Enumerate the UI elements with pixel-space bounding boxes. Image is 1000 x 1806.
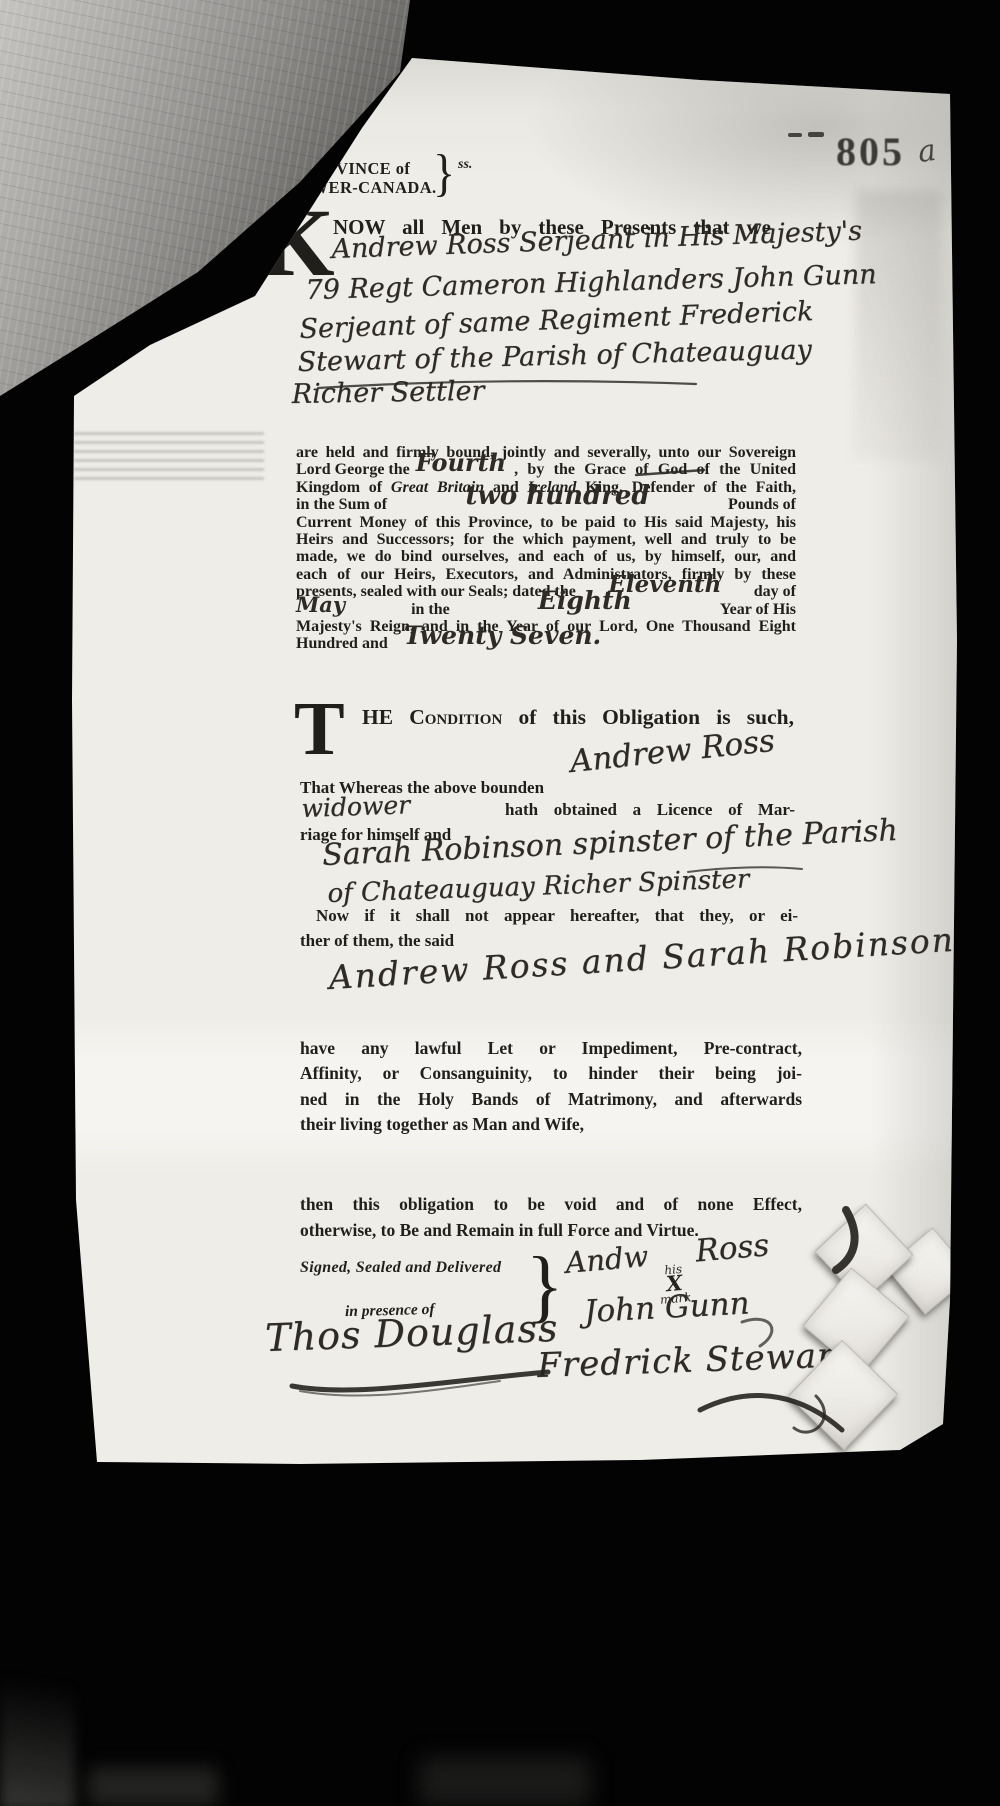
province-heading-line2: LOWER-CANADA. <box>287 178 437 198</box>
jurat-abbreviation: ss. <box>458 157 472 173</box>
toner-dash <box>808 132 824 137</box>
bond-line: Heirs and Successors; for the which paym… <box>296 531 796 548</box>
void-clause-line: then this obligation to be void and of n… <box>300 1192 802 1218</box>
impediment-line: have any lawful Let or Impediment, Pre-c… <box>300 1036 802 1061</box>
impediment-line: ned in the Holy Bands of Matrimony, and … <box>300 1087 802 1112</box>
bond-line: in the Sum oftwo hundredPounds of <box>296 496 796 513</box>
page-number-stamp: 805 <box>836 128 905 175</box>
bond-line: each of our Heirs, Executors, and Admini… <box>296 566 796 583</box>
bond-text: in the <box>411 601 450 618</box>
page-number-suffix: a <box>916 133 939 170</box>
surety-signature: John Gunn <box>583 1285 750 1330</box>
witness-signature: Thos Douglass <box>264 1306 559 1360</box>
bond-line: Current Money of this Province, to be pa… <box>296 514 796 531</box>
bond-text: in the Sum of <box>296 496 387 513</box>
archival-photo-background: 805 a PROVINCE of LOWER-CANADA. } ss. K … <box>0 0 1000 1806</box>
handwritten-bride-line2: of Chateauguay Richer Spinster <box>327 864 750 909</box>
impediment-line: their living together as Man and Wife, <box>300 1112 802 1137</box>
bond-line: Lord George theFourth, by the Grace of G… <box>296 461 796 478</box>
proviso-line1: Now if it shall not appear hereafter, th… <box>316 906 798 926</box>
bond-text: Lord George the <box>296 461 410 478</box>
jurat-brace: } <box>433 143 455 202</box>
impediment-line: Affinity, or Consanguinity, to hinder th… <box>300 1061 802 1086</box>
bond-text: , by the Grace of God of the United <box>514 461 796 478</box>
paper-stain <box>856 190 942 460</box>
condition-heading-smallcaps: Condition <box>409 705 502 729</box>
surety-signature: Fredrick Stewart <box>537 1335 850 1386</box>
handwritten-principal-line: Richer Settler <box>291 376 484 410</box>
impediment-paragraph: have any lawful Let or Impediment, Pre-c… <box>300 1036 802 1138</box>
handwritten-groom-name: Andrew Ross <box>568 723 776 780</box>
bond-text: Year of His <box>720 601 796 618</box>
bond-line: made, we do bind ourselves, and each of … <box>296 548 796 565</box>
handwritten-status: widower <box>301 790 411 823</box>
licence-line: hath obtained a Licence of Mar- <box>505 800 795 820</box>
bond-text: Pounds of <box>728 496 796 513</box>
dropcap-k: K <box>260 204 335 283</box>
bond-paragraph: are held and firmly bound, jointly and s… <box>296 444 796 653</box>
bond-line: Mayin theEighthYear of His <box>296 601 796 618</box>
bond-line: Hundred andTwenty Seven. <box>296 635 796 652</box>
signature-surname: Ross <box>694 1227 771 1269</box>
bond-line: are held and firmly bound, jointly and s… <box>296 444 796 461</box>
proviso-line2: ther of them, the said <box>300 931 454 951</box>
bond-text: Kingdom of <box>296 479 391 496</box>
dropcap-t: T <box>294 698 345 760</box>
signed-sealed-label: Signed, Sealed and Delivered <box>300 1259 501 1277</box>
bond-text: Hundred and <box>296 635 388 652</box>
scan-streak <box>420 1758 590 1806</box>
scan-streak <box>88 1768 218 1806</box>
bond-text: day of <box>754 583 796 600</box>
handwritten-bride-line1: Sarah Robinson spinster of the Parish <box>321 813 898 873</box>
paper-stain <box>74 432 264 484</box>
toner-dash <box>788 133 802 137</box>
condition-heading-text: HE <box>362 705 409 729</box>
signature-forename: Andw <box>564 1239 650 1280</box>
scan-streak <box>0 1640 75 1806</box>
